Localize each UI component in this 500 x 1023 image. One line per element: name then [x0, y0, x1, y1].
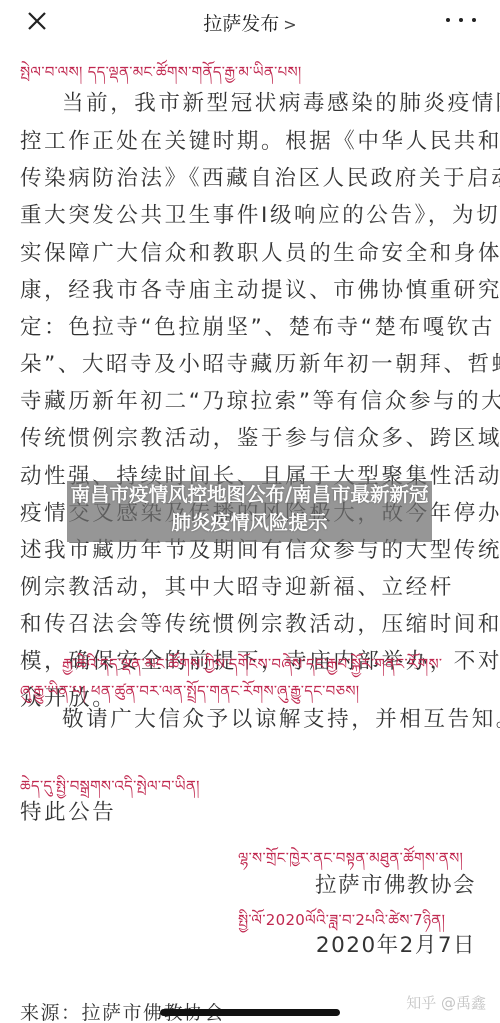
more-icon-dot: [472, 18, 476, 22]
headline-overlay-text[interactable]: 南昌市疫情风控地图公布/南昌市最新新冠肺炎疫情风险提示: [67, 481, 432, 537]
paragraph-line: 重大突发公共卫生事件Ⅰ级响应的公告》，为切: [20, 198, 500, 229]
account-title: 拉萨发布: [203, 13, 279, 35]
account-title-link[interactable]: 拉萨发布>: [0, 9, 500, 36]
paragraph-line: 例宗教活动，其中大昭寺迎新福、立经杆: [20, 570, 454, 601]
top-bar: 拉萨发布>: [0, 0, 500, 42]
more-icon-dot: [459, 18, 463, 22]
more-icon-dot: [446, 18, 450, 22]
paragraph-line: 寺藏历新年初二“乃琼拉索”等有信众参与的大型: [20, 384, 500, 415]
more-button[interactable]: [446, 10, 476, 30]
paragraph-line: 实保障广大信众和教职人员的生命安全和身体健: [20, 236, 500, 267]
paragraph-line: 控工作正处在关键时期。根据《中华人民共和国: [20, 124, 500, 155]
zhihu-watermark: 知乎 @禹鑫: [406, 992, 486, 1013]
publish-date: 2020年2月7日: [316, 928, 476, 959]
paragraph-line: 和传召法会等传统惯例宗教活动，压缩时间和规: [20, 607, 500, 638]
paragraph-line: 传统惯例宗教活动，鉴于参与信众多、跨区域流: [20, 421, 500, 452]
paragraph-line: 当前，我市新型冠状病毒感染的肺炎疫情防: [62, 86, 500, 117]
notice-text: 特此公告: [20, 795, 116, 826]
org-name: 拉萨市佛教协会: [315, 868, 476, 899]
paragraph-line: 康，经我市各寺庙主动提议、市佛协慎重研究决: [20, 273, 500, 304]
paragraph-line: 传染病防治法》《西藏自治区人民政府关于启动: [20, 161, 500, 192]
paragraph-line: 朵”、大昭寺及小昭寺藏历新年初一朝拜、哲蚌: [20, 347, 500, 378]
chevron-right-icon: >: [283, 15, 296, 34]
scribble-mark: [160, 1009, 340, 1016]
request-paragraph: 敬请广大信众予以谅解支持，并相互告知。: [62, 702, 500, 733]
paragraph-line: 定：色拉寺“色拉崩坚”、楚布寺“楚布嘎钦古: [20, 310, 495, 341]
